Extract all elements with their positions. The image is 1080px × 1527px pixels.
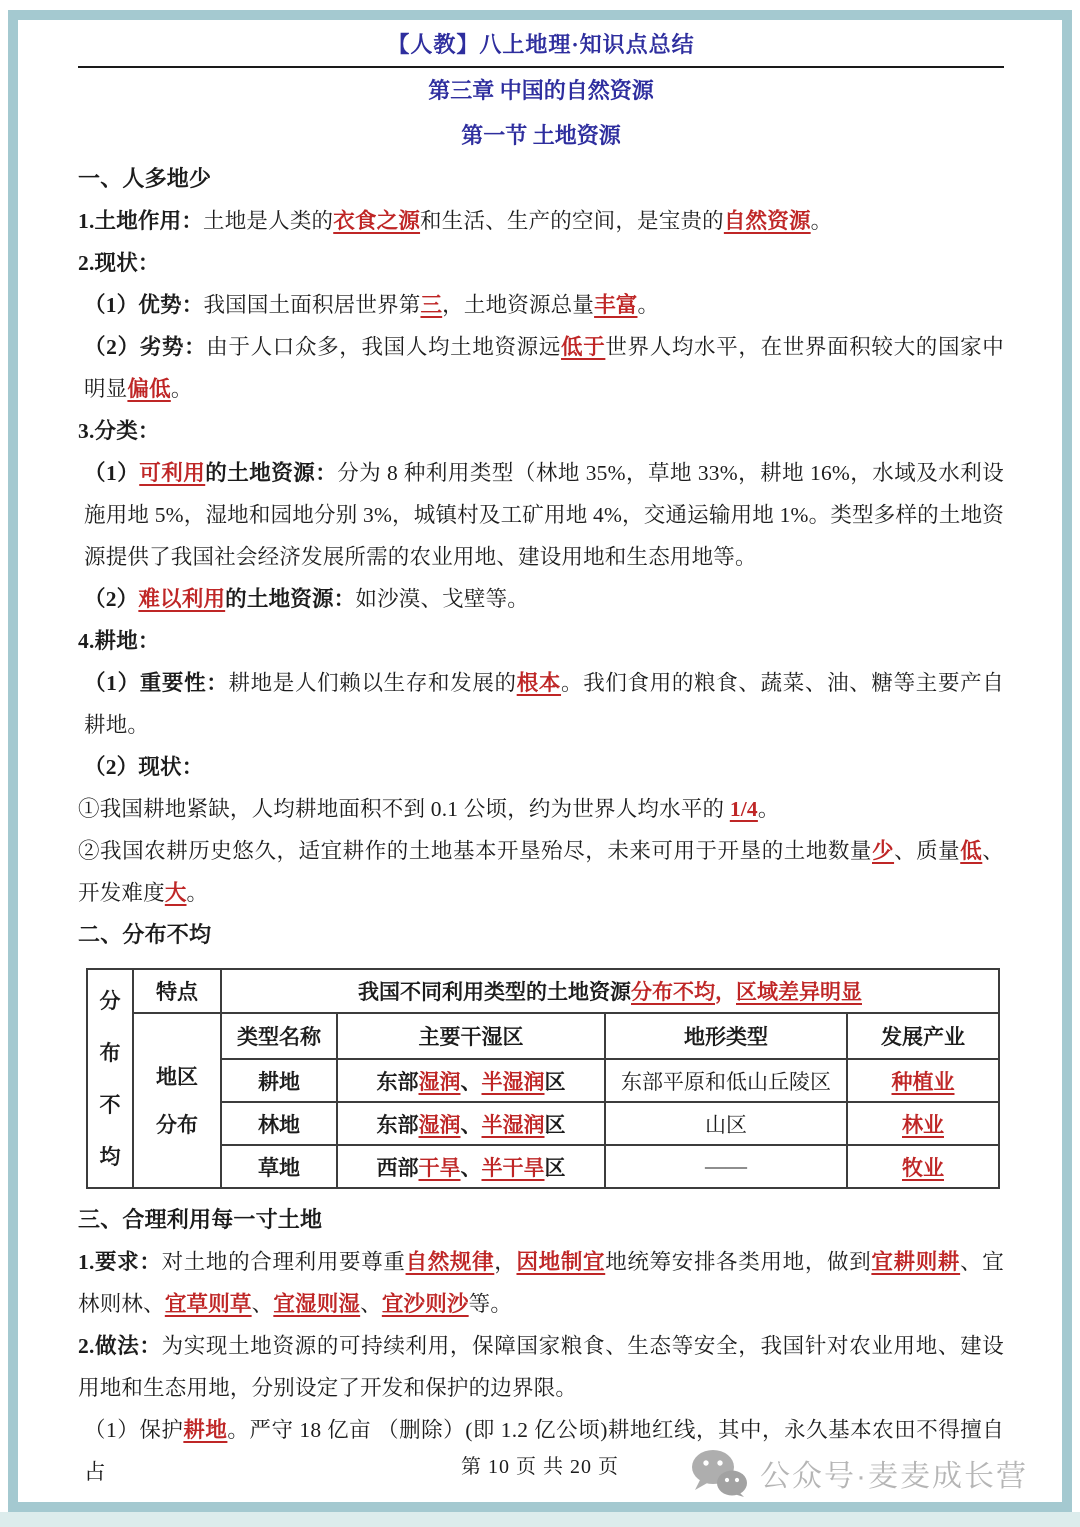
para-farming-history: ②我国农耕历史悠久，适宜耕作的土地基本开垦殆尽，未来可用于开垦的土地数量少、质量…: [78, 830, 1004, 914]
heading-rational-use: 三、合理利用每一寸土地: [78, 1199, 1004, 1241]
cell-industry: 林业: [847, 1102, 999, 1145]
doc-header-title: 【人教】八上地理·知识点总结: [78, 28, 1004, 62]
section-title: 第一节 土地资源: [78, 113, 1004, 158]
wechat-icon: [690, 1449, 748, 1497]
region-label-line1: 地区: [138, 1053, 216, 1101]
para-hard-to-use-land: （2）难以利用的土地资源：如沙漠、戈壁等。: [78, 578, 1004, 620]
cell-zone: 西部干旱、半干旱区: [337, 1145, 605, 1188]
cell-zone: 东部湿润、半湿润区: [337, 1102, 605, 1145]
para-advantage: （1）优势：我国国土面积居世界第三，土地资源总量丰富。: [78, 284, 1004, 326]
cell-terrain: 山区: [605, 1102, 847, 1145]
para-classification-label: 3.分类：: [78, 410, 1004, 452]
para-current-status-label: （2）现状：: [78, 746, 1004, 788]
table-row-cropland: 耕地 东部湿润、半湿润区 东部平原和低山丘陵区 种植业: [87, 1059, 999, 1102]
para-cultivated-land-label: 4.耕地：: [78, 620, 1004, 662]
para-disadvantage: （2）劣势：由于人口众多，我国人均土地资源远低于世界人均水平，在世界面积较大的国…: [78, 326, 1004, 410]
distribution-table: 分布不均 特点 我国不同利用类型的土地资源分布不均，区域差异明显 地区 分布 类…: [86, 968, 1000, 1189]
table-row-grassland: 草地 西部干旱、半干旱区 —— 牧业: [87, 1145, 999, 1188]
cell-type: 草地: [221, 1145, 337, 1188]
header-terrain: 地形类型: [605, 1013, 847, 1059]
header-zone: 主要干湿区: [337, 1013, 605, 1059]
region-label-cell: 地区 分布: [133, 1013, 221, 1188]
chapter-title: 第三章 中国的自然资源: [78, 68, 1004, 113]
table-row-forest: 林地 东部湿润、半湿润区 山区 林业: [87, 1102, 999, 1145]
bottom-strip: [0, 1512, 1080, 1527]
page-frame: 【人教】八上地理·知识点总结 第三章 中国的自然资源 第一节 土地资源 一、人多…: [8, 10, 1072, 1512]
feature-text-cell: 我国不同利用类型的土地资源分布不均，区域差异明显: [221, 969, 999, 1013]
cell-zone: 东部湿润、半湿润区: [337, 1059, 605, 1102]
watermark: 公众号·麦麦成长营: [690, 1449, 1028, 1497]
para-land-shortage: ①我国耕地紧缺，人均耕地面积不到 0.1 公顷，约为世界人均水平的 1/4。: [78, 788, 1004, 830]
table-side-label: 分布不均: [87, 969, 133, 1188]
cell-terrain: 东部平原和低山丘陵区: [605, 1059, 847, 1102]
heading-uneven-distribution: 二、分布不均: [78, 914, 1004, 956]
region-label-line2: 分布: [138, 1101, 216, 1149]
feature-label-cell: 特点: [133, 969, 221, 1013]
cell-terrain: ——: [605, 1145, 847, 1188]
para-status-label: 2.现状：: [78, 242, 1004, 284]
watermark-text: 公众号·麦麦成长营: [760, 1451, 1028, 1495]
para-usable-land: （1）可利用的土地资源：分为 8 种利用类型（林地 35%，草地 33%，耕地 …: [78, 452, 1004, 578]
heading-people-many-land-few: 一、人多地少: [78, 158, 1004, 200]
cell-industry: 牧业: [847, 1145, 999, 1188]
header-industry: 发展产业: [847, 1013, 999, 1059]
cell-type: 耕地: [221, 1059, 337, 1102]
para-practice: 2.做法：为实现土地资源的可持续利用，保障国家粮食、生态等安全，我国针对农业用地…: [78, 1325, 1004, 1409]
page-content: 【人教】八上地理·知识点总结 第三章 中国的自然资源 第一节 土地资源 一、人多…: [18, 20, 1062, 1493]
cell-industry: 种植业: [847, 1059, 999, 1102]
cell-type: 林地: [221, 1102, 337, 1145]
header-type: 类型名称: [221, 1013, 337, 1059]
para-requirement: 1.要求：对土地的合理利用要尊重自然规律，因地制宜地统筹安排各类用地，做到宜耕则…: [78, 1241, 1004, 1325]
para-importance: （1）重要性：耕地是人们赖以生存和发展的根本。我们食用的粮食、蔬菜、油、糖等主要…: [78, 662, 1004, 746]
page-canvas: 【人教】八上地理·知识点总结 第三章 中国的自然资源 第一节 土地资源 一、人多…: [0, 0, 1080, 1527]
para-land-role: 1.土地作用：土地是人类的衣食之源和生活、生产的空间，是宝贵的自然资源。: [78, 200, 1004, 242]
